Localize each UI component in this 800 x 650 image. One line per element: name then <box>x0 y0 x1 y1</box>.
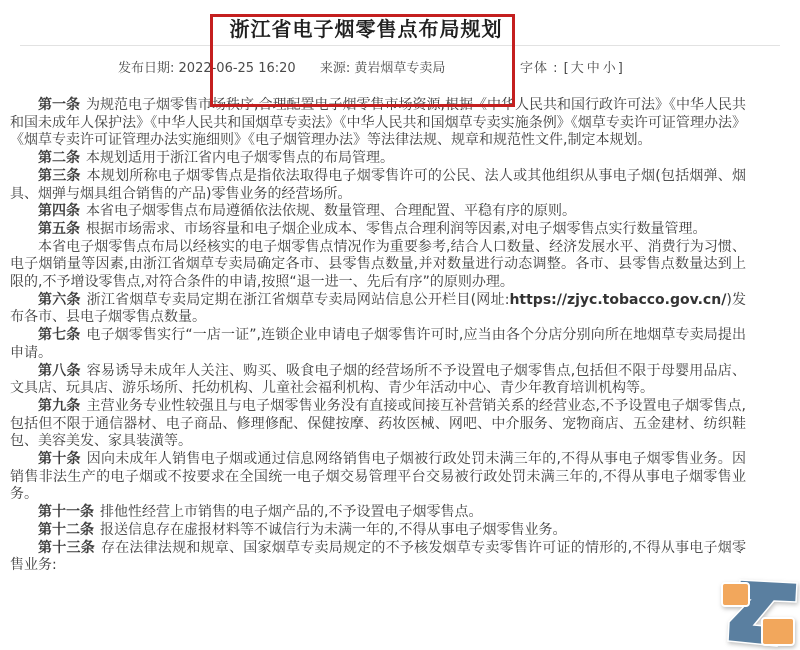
clause-label: 第一条 <box>38 97 80 113</box>
article-paragraph: 本省电子烟零售点布局以经核实的电子烟零售点情况作为重要参考,结合人口数量、经济发… <box>10 239 746 292</box>
clause-text: 本规划适用于浙江省内电子烟零售点的布局管理。 <box>86 150 394 166</box>
publish-date-value: 2022-06-25 16:20 <box>179 61 296 76</box>
watermark-logo-icon <box>716 575 800 650</box>
source-label: 来源: <box>320 61 350 76</box>
clause-label: 第二条 <box>38 150 80 166</box>
clause-text: 因向未成年人销售电子烟或通过信息网络销售电子烟被行政处罚未满三年的,不得从事电子… <box>10 451 746 502</box>
clause-text: 本省电子烟零售点布局以经核实的电子烟零售点情况作为重要参考,结合人口数量、经济发… <box>10 239 746 290</box>
source-value: 黄岩烟草专卖局 <box>354 61 445 76</box>
article-paragraph: 第三条本规划所称电子烟零售点是指依法取得电子烟零售许可的公民、法人或其他组织从事… <box>10 168 746 203</box>
logo-orange-square-bottom <box>762 618 794 645</box>
article-paragraph: 第一条为规范电子烟零售市场秩序,合理配置电子烟零售市场资源,根据《中华人民共和国… <box>10 97 746 150</box>
font-control-bracket-close: ] <box>618 61 624 76</box>
clause-label: 第五条 <box>38 221 80 237</box>
logo-orange-square-top <box>722 583 749 606</box>
clause-text: 报送信息存在虚报材料等不诚信行为未满一年的,不得从事电子烟零售业务。 <box>100 522 566 538</box>
font-size-control: 字体 : [大中小] <box>520 57 624 76</box>
clause-label: 第十三条 <box>38 540 95 556</box>
font-size-medium-button[interactable]: 中 <box>587 61 601 76</box>
header-divider <box>20 45 780 46</box>
website-url[interactable]: https://zjyc.tobacco.gov.cn/ <box>509 292 726 308</box>
clause-label: 第十条 <box>38 451 81 467</box>
article-paragraph: 第十三条存在法律法规和规章、国家烟草专卖局规定的不予核发烟草专卖零售许可证的情形… <box>10 540 746 575</box>
article-paragraph: 第八条容易诱导未成年人关注、购买、吸食电子烟的经营场所不予设置电子烟零售点,包括… <box>10 363 746 398</box>
article-paragraph: 第七条电子烟零售实行“一店一证”,连锁企业申请电子烟零售许可时,应当由各个分店分… <box>10 327 746 362</box>
article-paragraph: 第四条本省电子烟零售点布局遵循依法依规、数量管理、合理配置、平稳有序的原则。 <box>10 203 746 221</box>
article-paragraph: 第十条因向未成年人销售电子烟或通过信息网络销售电子烟被行政处罚未满三年的,不得从… <box>10 451 746 504</box>
document-page: 浙江省电子烟零售点布局规划 发布日期: 2022-06-25 16:20 来源:… <box>0 0 800 650</box>
clause-label: 第九条 <box>38 398 80 414</box>
article-paragraph: 第十一条排他性经营上市销售的电子烟产品的,不予设置电子烟零售点。 <box>10 504 746 522</box>
clause-text: 主营业务专业性较强且与电子烟零售业务没有直接或间接互补营销关系的经营业态,不予设… <box>10 398 746 449</box>
article-paragraph: 第二条本规划适用于浙江省内电子烟零售点的布局管理。 <box>10 150 746 168</box>
meta-row: 发布日期: 2022-06-25 16:20 来源: 黄岩烟草专卖局 字体 : … <box>0 57 800 77</box>
clause-label: 第六条 <box>38 292 81 308</box>
clause-label: 第七条 <box>38 327 80 343</box>
clause-label: 第三条 <box>38 168 81 184</box>
font-size-large-button[interactable]: 大 <box>571 61 585 76</box>
article-paragraph: 第五条根据市场需求、市场容量和电子烟企业成本、零售点合理利润等因素,对电子烟零售… <box>10 221 746 239</box>
font-control-label: 字体 : [ <box>520 61 570 76</box>
article-body: 第一条为规范电子烟零售市场秩序,合理配置电子烟零售市场资源,根据《中华人民共和国… <box>10 97 746 575</box>
publish-date-label: 发布日期: <box>118 61 174 76</box>
clause-label: 第十一条 <box>38 504 94 520</box>
clause-text: 容易诱导未成年人关注、购买、吸食电子烟的经营场所不予设置电子烟零售点,包括但不限… <box>10 363 746 397</box>
clause-text: 存在法律法规和规章、国家烟草专卖局规定的不予核发烟草专卖零售许可证的情形的,不得… <box>10 540 746 574</box>
font-size-small-button[interactable]: 小 <box>603 61 617 76</box>
clause-text: 排他性经营上市销售的电子烟产品的,不予设置电子烟零售点。 <box>100 504 482 520</box>
clause-text: 电子烟零售实行“一店一证”,连锁企业申请电子烟零售许可时,应当由各个分店分别向所… <box>10 327 746 361</box>
article-paragraph: 第六条浙江省烟草专卖局定期在浙江省烟草专卖局网站信息公开栏目(网址:https:… <box>10 292 746 327</box>
clause-label: 第十二条 <box>38 522 94 538</box>
article-paragraph: 第九条主营业务专业性较强且与电子烟零售业务没有直接或间接互补营销关系的经营业态,… <box>10 398 746 451</box>
clause-text: 本规划所称电子烟零售点是指依法取得电子烟零售许可的公民、法人或其他组织从事电子烟… <box>10 168 746 202</box>
clause-text: 浙江省烟草专卖局定期在浙江省烟草专卖局网站信息公开栏目(网址: <box>87 292 510 308</box>
clause-text: 为规范电子烟零售市场秩序,合理配置电子烟零售市场资源,根据《中华人民共和国行政许… <box>10 97 746 148</box>
clause-label: 第四条 <box>38 203 80 219</box>
clause-text: 根据市场需求、市场容量和电子烟企业成本、零售点合理利润等因素,对电子烟零售点实行… <box>86 221 706 237</box>
publish-info: 发布日期: 2022-06-25 16:20 来源: 黄岩烟草专卖局 <box>118 57 445 76</box>
clause-label: 第八条 <box>38 363 81 379</box>
clause-text: 本省电子烟零售点布局遵循依法依规、数量管理、合理配置、平稳有序的原则。 <box>86 203 576 219</box>
article-paragraph: 第十二条报送信息存在虚报材料等不诚信行为未满一年的,不得从事电子烟零售业务。 <box>10 522 746 540</box>
page-title: 浙江省电子烟零售点布局规划 <box>0 13 732 42</box>
